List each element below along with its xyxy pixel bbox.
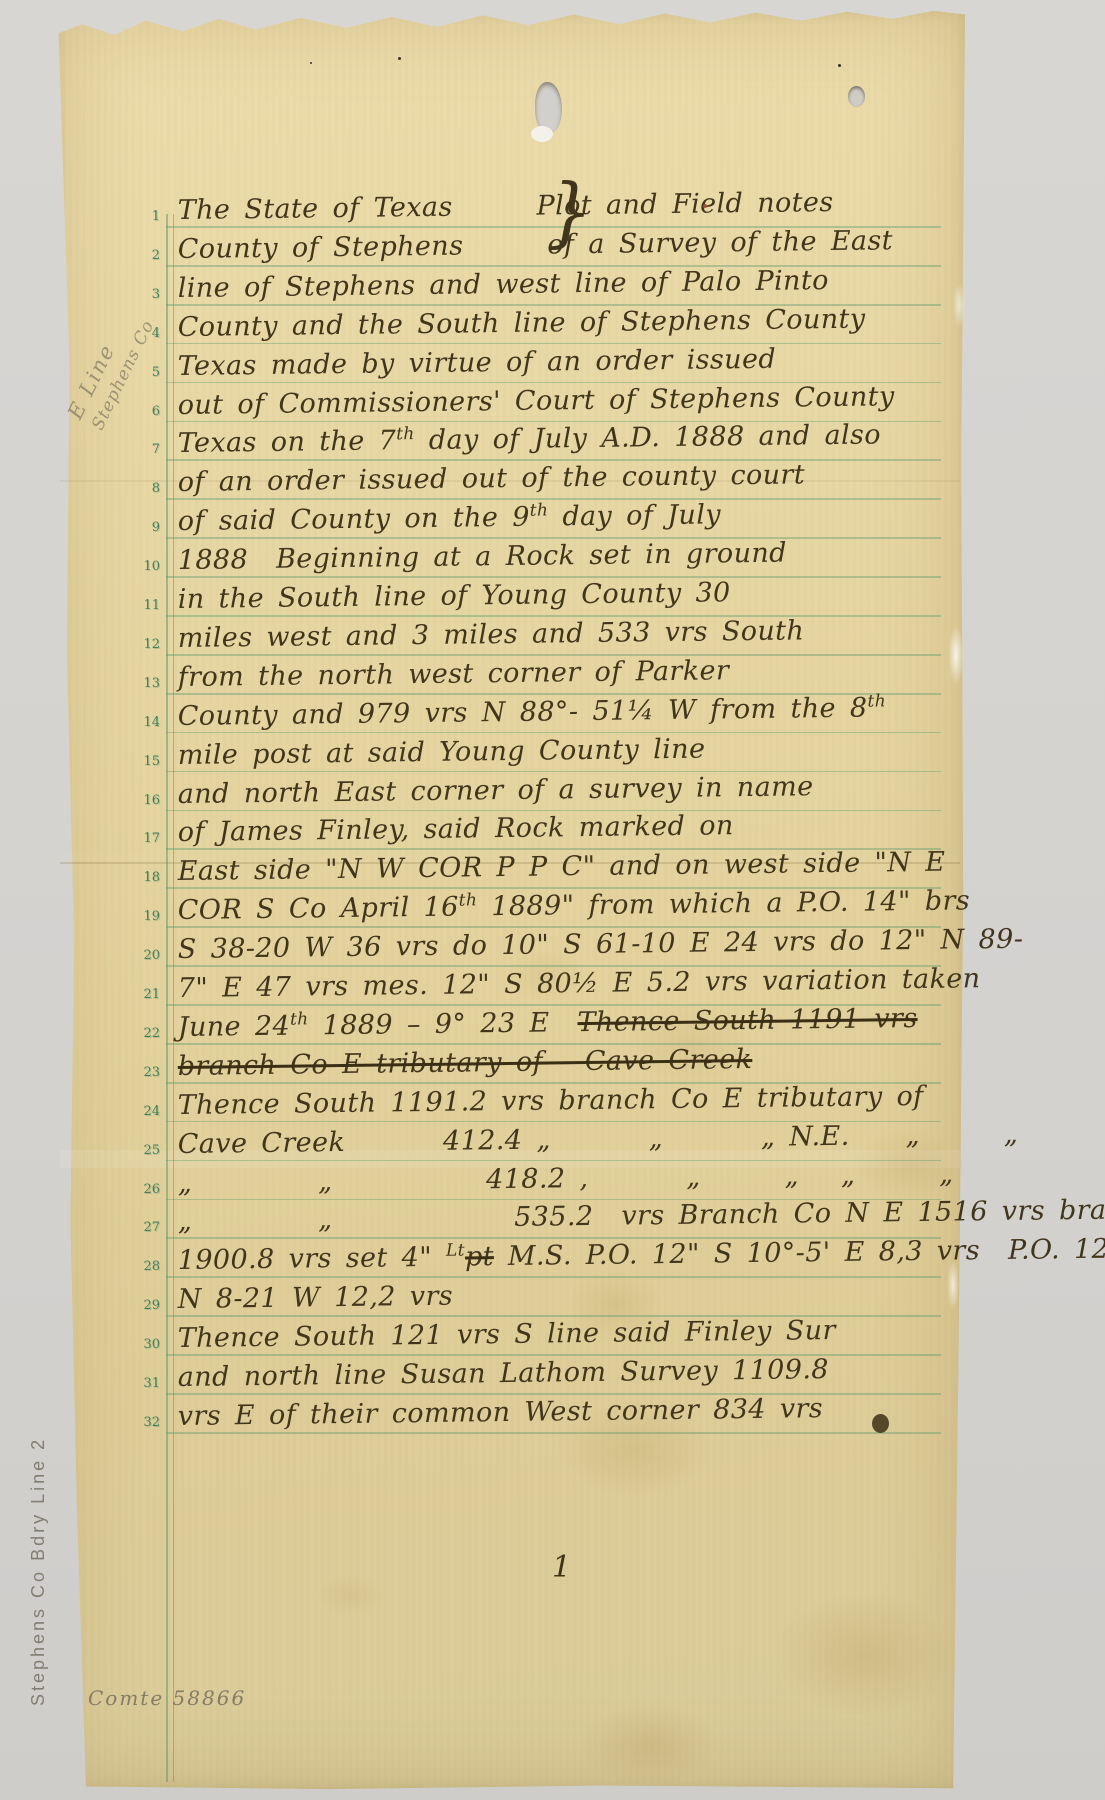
handwriting-segment: pt [465,1241,494,1272]
margin-vertical-rule [173,214,175,1782]
handwriting-segment: 1889 – 9° 23 E [308,1007,577,1041]
line-number: 17 [132,831,160,846]
handwriting-line: mile post at said Young County line [178,730,706,774]
line-number: 12 [132,637,160,652]
handwriting-segment: „ „ 418.2 , „ „ „ „ [178,1158,954,1198]
handwriting-segment: line of Stephens and west line of Palo P… [178,265,829,304]
handwriting-segment: of said County on the 9 [178,502,530,537]
handwriting-segment: and north East corner of a survey in nam… [178,771,814,810]
line-number: 2 [132,248,160,263]
line-number: 13 [132,676,160,691]
handwriting-segment: 1888 Beginning at a Rock set in ground [178,538,787,576]
ink-blot [872,1414,889,1433]
handwriting-line: The State of Texas Plot and Field notes [178,184,834,230]
line-number: 14 [132,715,160,730]
handwriting-line: vrs E of their common West corner 834 vr… [178,1390,824,1436]
handwriting-segment: 1900.8 vrs set 4" [178,1242,447,1276]
line-number: 1 [132,209,160,224]
handwriting-segment: 7" E 47 vrs mes. 12" S 80½ E 5.2 vrs var… [178,963,981,1004]
line-number: 3 [132,287,160,302]
handwriting-segment: Thence South 1191.2 vrs branch Co E trib… [178,1081,924,1121]
line-number: 7 [132,442,160,457]
handwriting-segment: S 38-20 W 36 vrs do 10" S 61-10 E 24 vrs… [178,924,1024,965]
line-number: 18 [132,870,160,885]
handwriting-segment: „ „ 535.2 vrs Branch Co N E 1516 vrs bra… [178,1194,1105,1237]
handwriting-segment: of James Finley, said Rock marked on [178,811,734,849]
handwriting-segment: miles west and 3 miles and 533 vrs South [178,615,805,654]
handwriting-segment: County of Stephens of a Survey of the Ea… [178,225,894,265]
handwriting-line: line of Stephens and west line of Palo P… [178,262,829,308]
handwriting-segment: in the South line of Young County 30 [178,577,731,615]
line-number: 16 [132,793,160,808]
line-number: 11 [132,598,160,613]
handwriting-line: Texas made by virtue of an order issued [178,340,777,385]
handwriting-line: from the north west corner of Parker [178,652,730,697]
handwriting-segment: Thence South 1191 vrs [577,1003,917,1038]
handwriting-segment: mile post at said Young County line [178,733,706,770]
handwriting-segment: Texas on the 7 [178,426,397,460]
handwriting-segment: Texas made by virtue of an order issued [178,343,777,381]
line-number: 32 [132,1415,160,1430]
handwriting-line: branch Co E tributary of Cave Creek [178,1041,753,1086]
line-number: 24 [132,1104,160,1119]
handwriting-segment: 1889" from which a P.O. 14" brs [477,886,970,923]
spine-label: Stephens Co Bdry Line 2 [28,1437,49,1706]
handwriting-segment: Cave Creek 412.4 „ „ „ N.E. „ „ [178,1118,1019,1159]
punch-hole-right [848,86,865,107]
handwriting-segment: vrs E of their common West corner 834 vr… [178,1393,824,1432]
line-number: 31 [132,1376,160,1391]
handwriting-segment: branch Co E tributary of Cave Creek [178,1044,753,1082]
line-number: 8 [132,481,160,496]
line-number: 28 [132,1259,160,1274]
handwriting-segment: and north line Susan Lathom Survey 1109.… [178,1354,830,1393]
handwriting-line: County and the South line of Stephens Co… [178,300,866,346]
handwriting-line: of James Finley, said Rock marked on [178,808,734,853]
line-number: 23 [132,1065,160,1080]
handwriting-segment: day of July [548,500,721,533]
line-number: 6 [132,404,160,419]
ink-speck [398,57,401,60]
handwriting-segment: of an order issued out of the county cou… [178,460,806,499]
line-number: 22 [132,1026,160,1041]
handwriting-line: and north line Susan Lathom Survey 1109.… [178,1351,830,1397]
handwriting-line: in the South line of Young County 30 [178,574,731,619]
handwriting-line: N 8-21 W 12,2 vrs [178,1278,454,1319]
line-number: 29 [132,1298,160,1313]
handwriting-segment: East side "N W COR P P C" and on west si… [178,847,946,887]
handwriting-segment: th [867,691,886,711]
brace-mark: } [547,170,593,252]
ink-speck [310,62,312,64]
line-number: 21 [132,987,160,1002]
handwriting-segment: Thence South 121 vrs S line said Finley … [178,1315,836,1354]
punch-hole-left [535,82,562,134]
line-number: 26 [132,1182,160,1197]
ink-speck [703,204,707,208]
handwriting-segment: June 24 [178,1011,291,1043]
handwriting-line: miles west and 3 miles and 533 vrs South [178,612,805,658]
handwriting-segment: th [459,891,478,911]
handwriting-segment: County and the South line of Stephens Co… [178,303,866,342]
handwriting-segment: COR S Co April 16 [178,892,459,926]
line-number: 15 [132,754,160,769]
handwriting-segment: day of July A.D. 1888 and also [415,420,881,457]
line-number: 30 [132,1337,160,1352]
line-number: 25 [132,1143,160,1158]
page-background: { "colors":{ "backdrop":"#d6d4d1", "pape… [0,0,1105,1800]
handwriting-line: 1888 Beginning at a Rock set in ground [178,535,788,580]
page-number: 1 [552,1550,571,1585]
handwriting-segment: from the north west corner of Parker [178,655,730,693]
handwriting-segment: M.S. P.O. 12" S 10°-5' E 8,3 vrs P.O. 12… [494,1234,1105,1273]
handwriting-segment: th [530,501,549,521]
line-number: 27 [132,1220,160,1235]
line-number: 9 [132,520,160,535]
handwriting-segment: th [290,1009,309,1029]
catalog-number: Comte 58866 [88,1686,246,1710]
handwriting-line: of said County on the 9th day of July [178,497,722,542]
line-number: 20 [132,948,160,963]
line-number: 10 [132,559,160,574]
handwriting-segment: N 8-21 W 12,2 vrs [178,1281,454,1315]
handwriting-segment: out of Commissioners' Court of Stephens … [178,381,895,421]
ink-speck [838,64,841,67]
line-number: 19 [132,909,160,924]
handwriting-segment: County and 979 vrs N 88°- 51¼ W from the… [178,692,868,731]
handwriting-segment: Lt [446,1241,465,1261]
handwriting-segment: th [396,424,415,444]
handwriting-segment: The State of Texas Plot and Field notes [178,187,834,226]
handwriting-line: of an order issued out of the county cou… [178,457,806,503]
margin-vertical-rule [166,214,168,1782]
